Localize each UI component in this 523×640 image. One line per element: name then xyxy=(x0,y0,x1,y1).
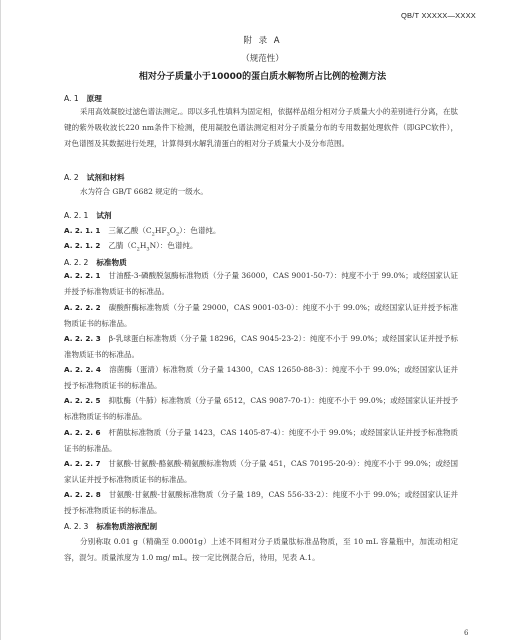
section-heading-a21: A. 2. 1 试剂 xyxy=(64,210,112,221)
section-number: A. 2 xyxy=(64,173,79,182)
solution-prep-paragraph: 分别称取 0.01 g（精确至 0.0001g）上述不同相对分子质量肽标准品物质… xyxy=(64,534,458,566)
item-number: A. 2. 1. 1 xyxy=(64,226,100,235)
section-heading-a1: A. 1 原理 xyxy=(64,93,102,104)
section-title: 试剂 xyxy=(96,211,111,220)
item-a228: A. 2. 2. 8甘氨酸-甘氨酸-甘氨酸标准物质（分子量 189，CAS 55… xyxy=(64,487,458,519)
item-number: A. 2. 2. 5 xyxy=(64,396,100,405)
item-a225: A. 2. 2. 5抑肽酶（牛肺）标准物质（分子量 6512，CAS 9087-… xyxy=(64,393,458,425)
item-number: A. 2. 1. 2 xyxy=(64,241,100,250)
section-number: A. 2. 1 xyxy=(64,211,88,220)
item-a226: A. 2. 2. 6杆菌肽标准物质（分子量 1423，CAS 1405-87-4… xyxy=(64,425,458,457)
item-text: 乙腈（C xyxy=(108,241,136,250)
item-text: 甘氨酸-甘氨酸-甘氨酸标准物质（分子量 189，CAS 556-33-2）：纯度… xyxy=(64,490,458,515)
principle-paragraph: 采用高效凝胶过滤色谱法测定,。即以多孔性填料为固定相，依据样品组分相对分子质量大… xyxy=(64,104,458,152)
item-text: HF xyxy=(155,226,167,235)
item-number: A. 2. 2. 8 xyxy=(64,490,101,499)
section-title: 标准物质 xyxy=(96,258,126,267)
item-a223: A. 2. 2. 3β-乳球蛋白标准物质（分子量 18296，CAS 9045-… xyxy=(64,331,458,363)
item-number: A. 2. 2. 3 xyxy=(64,334,101,343)
document-page: QB/T XXXXX—XXXX 附 录 A （规范性） 相对分子质量小于1000… xyxy=(0,0,523,640)
item-text: N）：色谱纯。 xyxy=(150,241,198,250)
item-number: A. 2. 2. 2 xyxy=(64,303,101,312)
section-number: A. 2. 3 xyxy=(64,522,88,531)
annex-title: 相对分子质量小于10000的蛋白质水解物所占比例的检测方法 xyxy=(1,69,523,82)
annex-label: 附 录 A xyxy=(1,34,523,46)
item-number: A. 2. 2. 1 xyxy=(64,271,101,280)
item-a227: A. 2. 2. 7甘氨酸-甘氨酸-酪氨酸-精氨酸标准物质（分子量 451，CA… xyxy=(64,456,458,488)
item-number: A. 2. 2. 6 xyxy=(64,428,100,437)
item-a212: A. 2. 1. 2乙腈（C2H3N）：色谱纯。 xyxy=(64,238,458,258)
section-number: A. 2. 2 xyxy=(64,258,88,267)
item-text: 甘油醛-3-磷酸脱氢酶标准物质（分子量 36000，CAS 9001-50-7）… xyxy=(64,271,458,296)
item-text: β-乳球蛋白标准物质（分子量 18296，CAS 9045-23-2）：纯度不小… xyxy=(64,334,458,359)
item-a222: A. 2. 2. 2碳酸酐酶标准物质（分子量 29000，CAS 9001-03… xyxy=(64,300,458,332)
item-text: 三氟乙酸（C xyxy=(108,226,151,235)
section-title: 原理 xyxy=(87,94,102,103)
item-text: 抑肽酶（牛肺）标准物质（分子量 6512，CAS 9087-70-1）：纯度不小… xyxy=(64,396,458,421)
item-number: A. 2. 2. 7 xyxy=(64,459,100,468)
item-text: ）：色谱纯。 xyxy=(179,226,220,235)
item-text: 溶菌酶（蛋清）标准物质（分子量 14300，CAS 12650-88-3）：纯度… xyxy=(64,365,458,390)
water-paragraph: 水为符合 GB/T 6682 规定的一级水。 xyxy=(64,184,458,200)
standard-code: QB/T XXXXX—XXXX xyxy=(401,11,476,20)
normative-label: （规范性） xyxy=(1,52,523,64)
item-text: 杆菌肽标准物质（分子量 1423，CAS 1405-87-4）：纯度不小于 99… xyxy=(64,428,458,453)
item-a224: A. 2. 2. 4溶菌酶（蛋清）标准物质（分子量 14300，CAS 1265… xyxy=(64,362,458,394)
section-title: 试剂和材料 xyxy=(87,173,125,182)
section-title: 标准物质溶液配制 xyxy=(96,522,157,531)
section-number: A. 1 xyxy=(64,94,79,103)
section-heading-a23: A. 2. 3 标准物质溶液配制 xyxy=(64,521,157,532)
item-a221: A. 2. 2. 1甘油醛-3-磷酸脱氢酶标准物质（分子量 36000，CAS … xyxy=(64,268,458,300)
item-text: 甘氨酸-甘氨酸-酪氨酸-精氨酸标准物质（分子量 451，CAS 70195-20… xyxy=(64,459,458,484)
item-text: 碳酸酐酶标准物质（分子量 29000，CAS 9001-03-0）：纯度不小于 … xyxy=(64,303,458,328)
item-number: A. 2. 2. 4 xyxy=(64,365,101,374)
page-number: 6 xyxy=(464,629,468,637)
section-heading-a2: A. 2 试剂和材料 xyxy=(64,172,125,183)
section-heading-a22: A. 2. 2 标准物质 xyxy=(64,257,127,268)
